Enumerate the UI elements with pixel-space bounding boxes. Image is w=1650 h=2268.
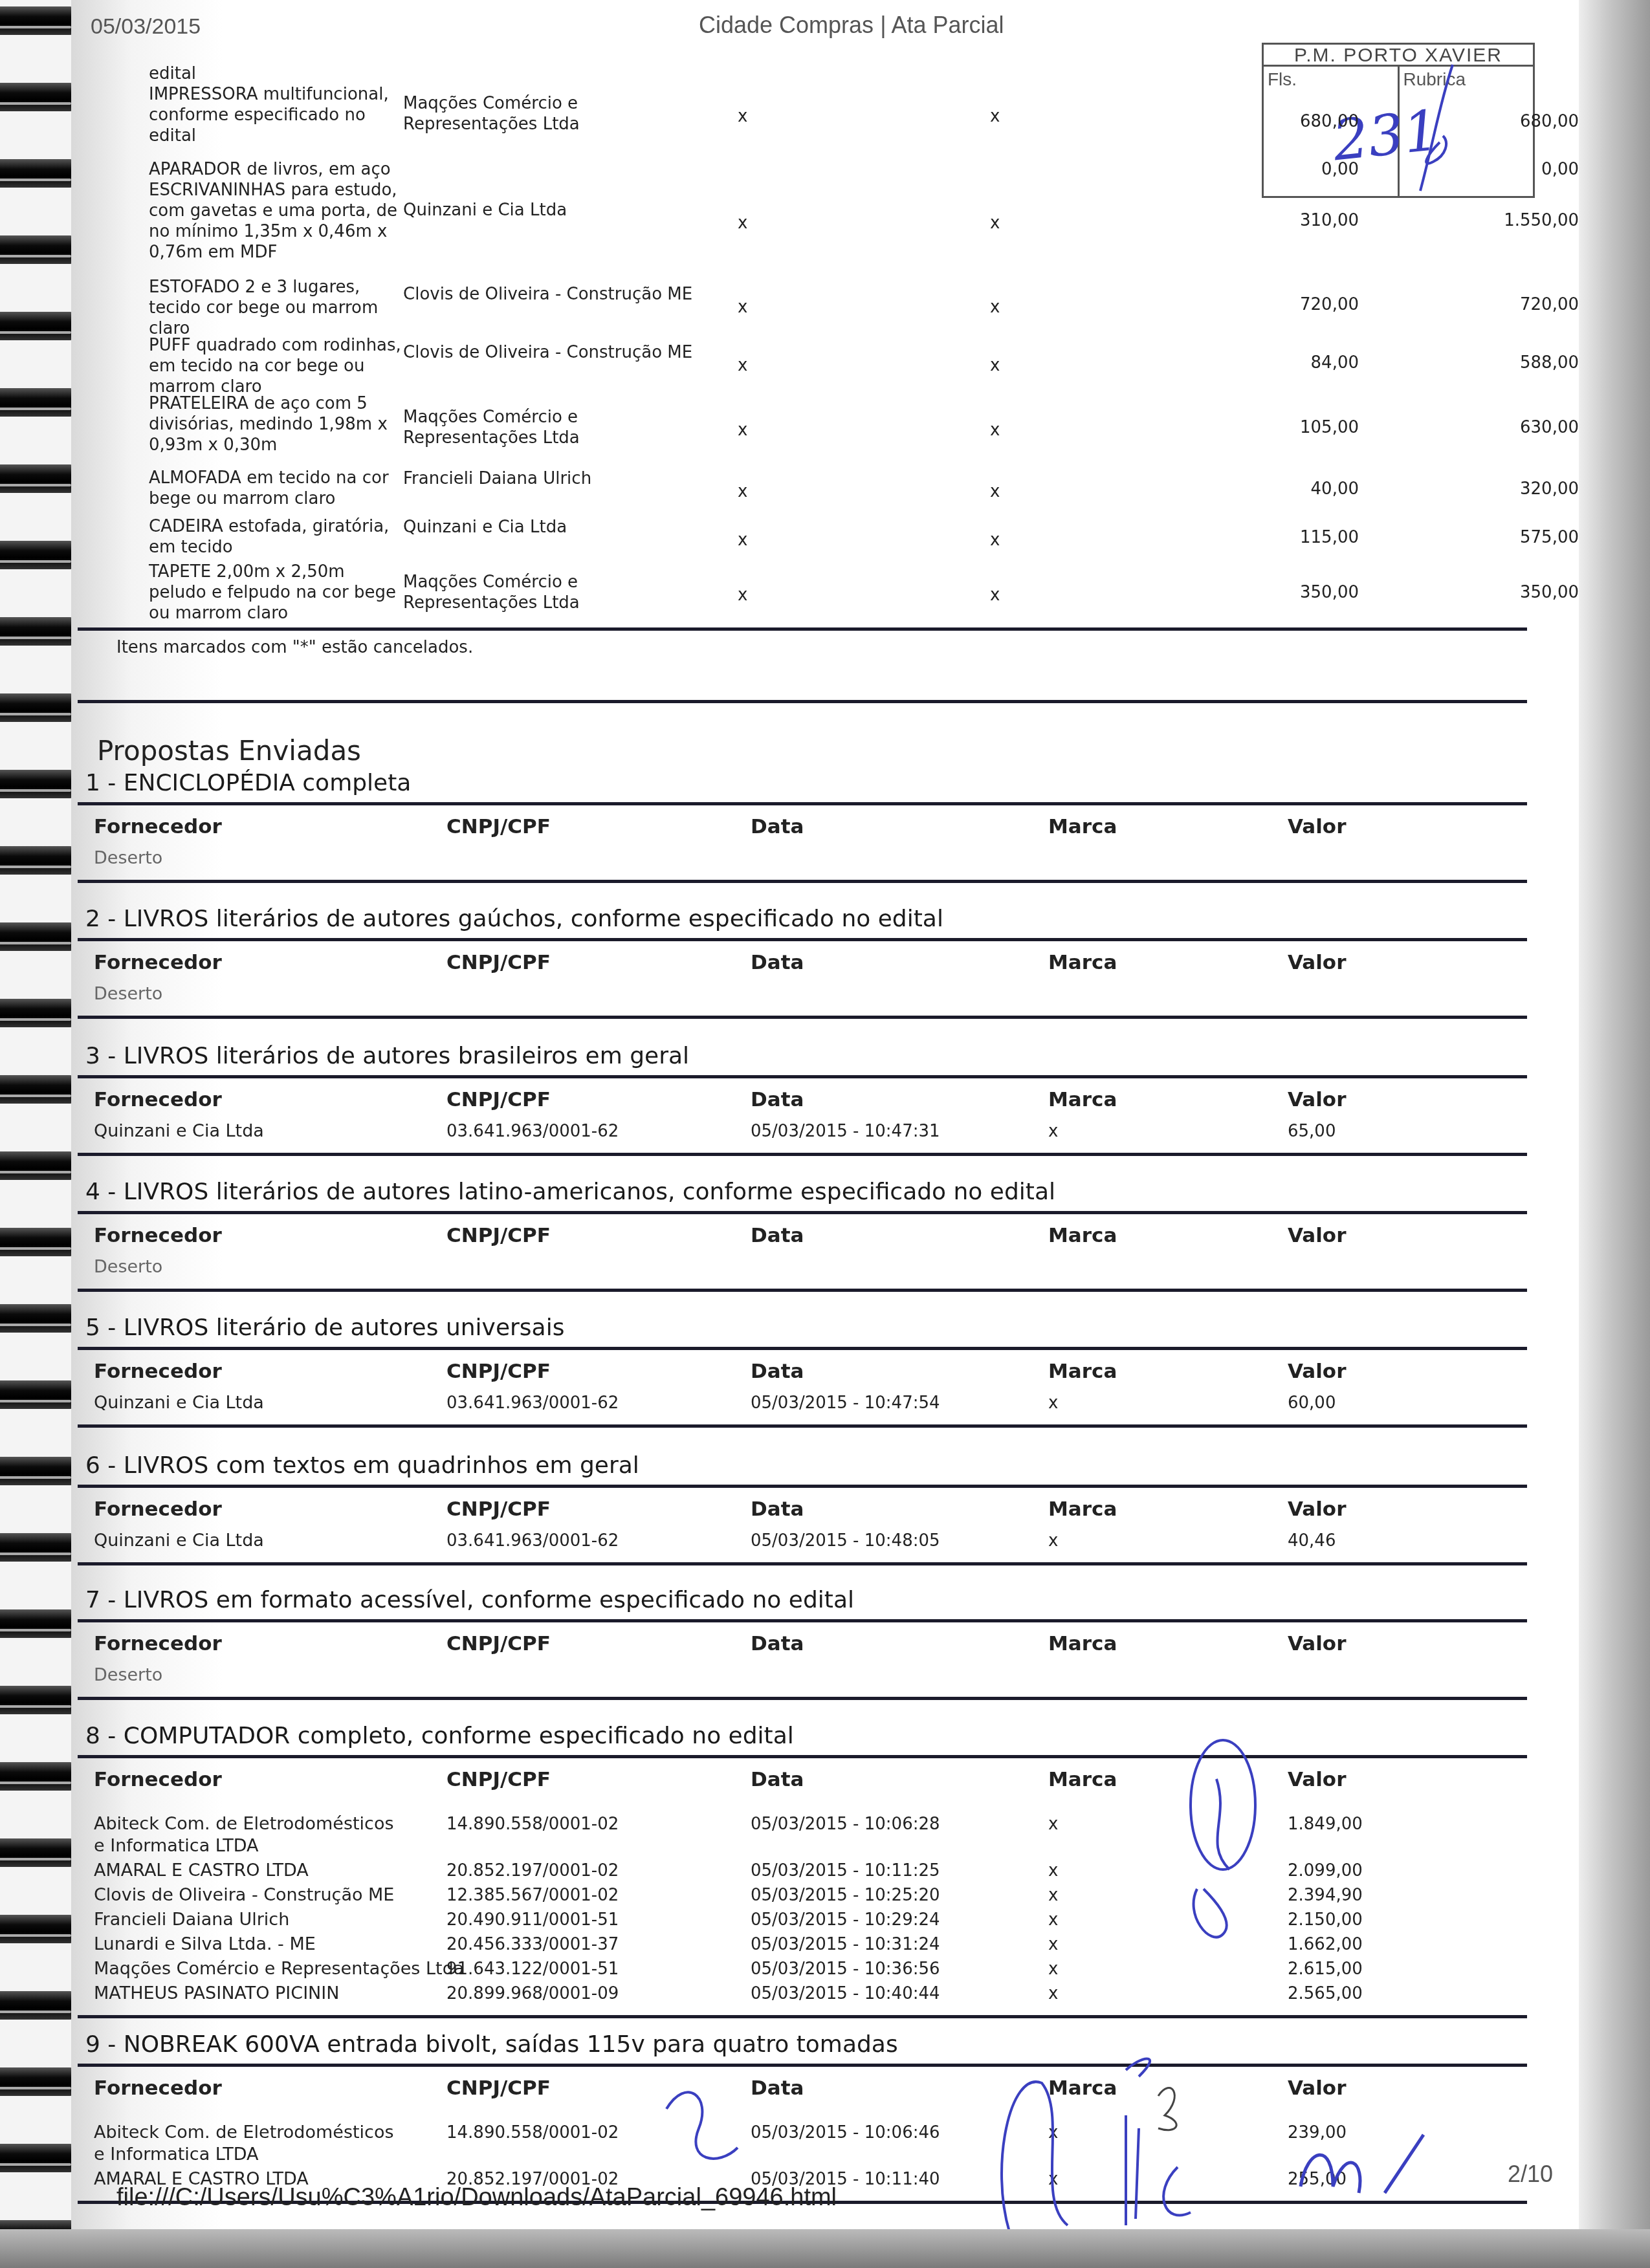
item-brand: x — [738, 585, 747, 605]
cell-supplier: Maqções Comércio e Representações Ltda — [94, 1958, 464, 1980]
divider — [78, 1562, 1527, 1565]
divider — [78, 627, 1527, 631]
cell-cnpj: 14.890.558/0001-02 — [446, 2122, 619, 2144]
item-unit-price: 720,00 — [1288, 294, 1359, 315]
table-row: ALMOFADA em tecido na cor bege ou marrom… — [149, 468, 1521, 513]
item-description: PUFF quadrado com rodinhas, em tecido na… — [149, 335, 401, 397]
column-header-cnpj: CNPJ/CPF — [446, 1768, 551, 1791]
item-brand: x — [738, 481, 747, 502]
item-model: x — [990, 481, 1000, 502]
table-row: APARADOR de livros, em aço0,000,00 — [149, 159, 1521, 180]
cell-value: 2.565,00 — [1288, 1983, 1363, 2005]
column-header-supplier: Fornecedor — [94, 1360, 222, 1383]
item-supplier: Quinzani e Cia Ltda — [403, 200, 701, 221]
item-brand: x — [738, 355, 747, 376]
table-row: TAPETE 2,00m x 2,50m peludo e felpudo na… — [149, 562, 1521, 626]
column-header-supplier: Fornecedor — [94, 1224, 222, 1247]
column-header-brand: Marca — [1048, 1498, 1117, 1521]
divider — [78, 1289, 1527, 1292]
item-description: CADEIRA estofada, giratória, em tecido — [149, 516, 401, 558]
lot-block: 5 - LIVROS literário de autores universa… — [78, 1314, 1527, 1444]
header-date: 05/03/2015 — [91, 14, 201, 39]
item-description: ESTOFADO 2 e 3 lugares, tecido cor bege … — [149, 277, 401, 339]
cell-cnpj: 20.899.968/0001-09 — [446, 1983, 619, 2005]
lot-block: 3 - LIVROS literários de autores brasile… — [78, 1043, 1527, 1172]
item-total-price: 575,00 — [1501, 527, 1579, 548]
column-header-brand: Marca — [1048, 1360, 1117, 1383]
cell-value: 40,46 — [1288, 1530, 1336, 1552]
cell-value: 2.099,00 — [1288, 1860, 1363, 1882]
lot-block: 1 - ENCICLOPÉDIA completaFornecedorCNPJ/… — [78, 770, 1527, 899]
cell-cnpj: 14.890.558/0001-02 — [446, 1813, 619, 1835]
cell-date: 05/03/2015 - 10:31:24 — [751, 1934, 940, 1956]
column-header-value: Valor — [1288, 1632, 1346, 1655]
item-supplier: Maqções Comércio e Representações Ltda — [403, 407, 701, 448]
item-total-price: 0,00 — [1501, 159, 1579, 180]
cell-brand: x — [1048, 1934, 1058, 1956]
cell-brand: x — [1048, 1884, 1058, 1906]
column-header-supplier: Fornecedor — [94, 815, 222, 838]
cell-supplier: Deserto — [94, 1256, 162, 1278]
cell-supplier: Quinzani e Cia Ltda — [94, 1120, 264, 1142]
item-supplier: Clovis de Oliveira - Construção ME — [403, 342, 701, 363]
column-header-date: Data — [751, 1498, 804, 1521]
item-unit-price: 310,00 — [1288, 210, 1359, 231]
cell-cnpj: 03.641.963/0001-62 — [446, 1392, 619, 1414]
cell-supplier: Deserto — [94, 847, 162, 869]
cancel-note: Itens marcados com "*" estão cancelados. — [116, 638, 473, 657]
signatures-icon — [971, 2038, 1553, 2251]
column-header-date: Data — [751, 1632, 804, 1655]
divider — [78, 1347, 1527, 1350]
cell-value: 60,00 — [1288, 1392, 1336, 1414]
cell-value: 65,00 — [1288, 1120, 1336, 1142]
cell-cnpj: 03.641.963/0001-62 — [446, 1120, 619, 1142]
column-header-value: Valor — [1288, 815, 1346, 838]
column-header-brand: Marca — [1048, 1768, 1117, 1791]
item-total-price: 588,00 — [1501, 353, 1579, 373]
cell-cnpj: 20.490.911/0001-51 — [446, 1909, 619, 1931]
cell-date: 05/03/2015 - 10:47:31 — [751, 1120, 940, 1142]
item-total-price: 1.550,00 — [1501, 210, 1579, 231]
item-description: APARADOR de livros, em aço — [149, 159, 401, 180]
column-header-supplier: Fornecedor — [94, 1632, 222, 1655]
cell-brand: x — [1048, 1983, 1058, 2005]
column-header-cnpj: CNPJ/CPF — [446, 815, 551, 838]
item-supplier: Quinzani e Cia Ltda — [403, 517, 701, 538]
divider — [78, 1016, 1527, 1019]
column-header-date: Data — [751, 1768, 804, 1791]
lot-title: 9 - NOBREAK 600VA entrada bivolt, saídas… — [85, 2031, 898, 2058]
column-header-date: Data — [751, 1224, 804, 1247]
lot-title: 4 - LIVROS literários de autores latino-… — [85, 1179, 1055, 1205]
table-row: edital — [149, 63, 1521, 84]
column-header-brand: Marca — [1048, 1632, 1117, 1655]
item-total-price: 350,00 — [1501, 582, 1579, 603]
column-header-date: Data — [751, 951, 804, 974]
item-supplier: Maqções Comércio e Representações Ltda — [403, 93, 701, 135]
cell-cnpj: 03.641.963/0001-62 — [446, 1530, 619, 1552]
column-header-cnpj: CNPJ/CPF — [446, 1498, 551, 1521]
item-unit-price: 40,00 — [1288, 479, 1359, 499]
divider — [78, 2015, 1527, 2018]
cell-date: 05/03/2015 - 10:06:28 — [751, 1813, 940, 1835]
lot-block: 2 - LIVROS literários de autores gaúchos… — [78, 906, 1527, 1035]
cell-value: 1.662,00 — [1288, 1934, 1363, 1956]
cell-brand: x — [1048, 1958, 1058, 1980]
column-header-value: Valor — [1288, 1498, 1346, 1521]
cell-brand: x — [1048, 1392, 1058, 1414]
column-header-brand: Marca — [1048, 951, 1117, 974]
cell-cnpj: 20.456.333/0001-37 — [446, 1934, 619, 1956]
column-header-cnpj: CNPJ/CPF — [446, 1360, 551, 1383]
column-header-value: Valor — [1288, 1088, 1346, 1111]
column-header-date: Data — [751, 815, 804, 838]
divider — [78, 1697, 1527, 1700]
section-title: Propostas Enviadas — [97, 735, 361, 767]
lot-title: 6 - LIVROS com textos em quadrinhos em g… — [85, 1452, 639, 1479]
cell-supplier: Deserto — [94, 983, 162, 1005]
cell-brand: x — [1048, 1813, 1058, 1835]
item-supplier: Clovis de Oliveira - Construção ME — [403, 284, 701, 305]
cell-supplier: Clovis de Oliveira - Construção ME — [94, 1884, 394, 1906]
cell-supplier: Quinzani e Cia Ltda — [94, 1392, 264, 1414]
lot-title: 2 - LIVROS literários de autores gaúchos… — [85, 906, 943, 932]
table-row: IMPRESSORA multifuncional, conforme espe… — [149, 84, 1521, 146]
column-header-cnpj: CNPJ/CPF — [446, 1224, 551, 1247]
column-header-cnpj: CNPJ/CPF — [446, 1632, 551, 1655]
item-total-price: 680,00 — [1501, 111, 1579, 132]
item-supplier: Maqções Comércio e Representações Ltda — [403, 572, 701, 613]
cell-supplier: Lunardi e Silva Ltda. - ME — [94, 1934, 316, 1956]
column-header-date: Data — [751, 1088, 804, 1111]
item-total-price: 720,00 — [1501, 294, 1579, 315]
divider — [78, 802, 1527, 805]
divider — [78, 938, 1527, 941]
page-bottom-shadow — [0, 2229, 1650, 2268]
column-header-supplier: Fornecedor — [94, 1498, 222, 1521]
page-edge-shadow — [1579, 0, 1650, 2268]
lot-block: 4 - LIVROS literários de autores latino-… — [78, 1179, 1527, 1308]
table-row: CADEIRA estofada, giratória, em tecidoQu… — [149, 516, 1521, 562]
cell-supplier: Deserto — [94, 1664, 162, 1686]
item-brand: x — [738, 106, 747, 127]
divider — [78, 1211, 1527, 1214]
cell-date: 05/03/2015 - 10:36:56 — [751, 1958, 940, 1980]
column-header-date: Data — [751, 2077, 804, 2100]
cell-supplier: AMARAL E CASTRO LTDA — [94, 1860, 309, 1882]
column-header-cnpj: CNPJ/CPF — [446, 2077, 551, 2100]
cell-brand: x — [1048, 1530, 1058, 1552]
cell-date: 05/03/2015 - 10:11:25 — [751, 1860, 940, 1882]
column-header-supplier: Fornecedor — [94, 2077, 222, 2100]
column-header-supplier: Fornecedor — [94, 951, 222, 974]
cell-brand: x — [1048, 1860, 1058, 1882]
signature-scribble-icon — [1158, 1740, 1288, 1954]
item-supplier: Francieli Daiana Ulrich — [403, 468, 701, 489]
column-header-cnpj: CNPJ/CPF — [446, 1088, 551, 1111]
cell-supplier: Quinzani e Cia Ltda — [94, 1530, 264, 1552]
item-model: x — [990, 106, 1000, 127]
divider — [78, 1755, 1527, 1758]
column-header-brand: Marca — [1048, 1224, 1117, 1247]
item-description: edital — [149, 63, 401, 84]
cell-brand: x — [1048, 1909, 1058, 1931]
divider — [78, 880, 1527, 883]
item-unit-price: 84,00 — [1288, 353, 1359, 373]
item-model: x — [990, 530, 1000, 551]
cell-date: 05/03/2015 - 10:25:20 — [751, 1884, 940, 1906]
divider — [78, 1075, 1527, 1078]
item-brand: x — [738, 297, 747, 318]
item-brand: x — [738, 530, 747, 551]
lot-title: 7 - LIVROS em formato acessível, conform… — [85, 1587, 854, 1613]
cell-cnpj: 12.385.567/0001-02 — [446, 1884, 619, 1906]
column-header-brand: Marca — [1048, 815, 1117, 838]
column-header-value: Valor — [1288, 1768, 1346, 1791]
divider — [78, 1619, 1527, 1622]
header-title: Cidade Compras | Ata Parcial — [699, 12, 1004, 39]
item-brand: x — [738, 213, 747, 234]
item-description: IMPRESSORA multifuncional, conforme espe… — [149, 84, 401, 146]
cell-date: 05/03/2015 - 10:29:24 — [751, 1909, 940, 1931]
footer-file-path: file:///C:/Users/Usu%C3%A1rio/Downloads/… — [116, 2184, 837, 2212]
divider — [78, 1153, 1527, 1156]
column-header-date: Data — [751, 1360, 804, 1383]
cell-date: 05/03/2015 - 10:40:44 — [751, 1983, 940, 2005]
column-header-brand: Marca — [1048, 1088, 1117, 1111]
table-row: PRATELEIRA de aço com 5 divisórias, medi… — [149, 393, 1521, 464]
cell-supplier: Abiteck Com. de Eletrodomésticos e Infor… — [94, 2122, 404, 2166]
cell-value: 1.849,00 — [1288, 1813, 1363, 1835]
cell-value: 2.150,00 — [1288, 1909, 1363, 1931]
divider — [78, 1485, 1527, 1488]
cell-supplier: Francieli Daiana Ulrich — [94, 1909, 289, 1931]
item-total-price: 630,00 — [1501, 417, 1579, 438]
column-header-value: Valor — [1288, 1360, 1346, 1383]
cell-supplier: MATHEUS PASINATO PICININ — [94, 1983, 339, 2005]
item-unit-price: 350,00 — [1288, 582, 1359, 603]
cell-date: 05/03/2015 - 10:47:54 — [751, 1392, 940, 1414]
divider — [78, 1424, 1527, 1428]
cell-date: 05/03/2015 - 10:06:46 — [751, 2122, 940, 2144]
cell-cnpj: 91.643.122/0001-51 — [446, 1958, 619, 1980]
column-header-supplier: Fornecedor — [94, 1768, 222, 1791]
item-unit-price: 105,00 — [1288, 417, 1359, 438]
item-description: ALMOFADA em tecido na cor bege ou marrom… — [149, 468, 401, 509]
table-row: PUFF quadrado com rodinhas, em tecido na… — [149, 335, 1521, 393]
item-brand: x — [738, 420, 747, 441]
item-description: TAPETE 2,00m x 2,50m peludo e felpudo na… — [149, 562, 401, 624]
lot-block: 7 - LIVROS em formato acessível, conform… — [78, 1587, 1527, 1716]
item-model: x — [990, 420, 1000, 441]
item-model: x — [990, 297, 1000, 318]
item-model: x — [990, 585, 1000, 605]
item-description: PRATELEIRA de aço com 5 divisórias, medi… — [149, 393, 401, 455]
column-header-supplier: Fornecedor — [94, 1088, 222, 1111]
cell-supplier: Abiteck Com. de Eletrodomésticos e Infor… — [94, 1813, 404, 1857]
cell-value: 2.394,90 — [1288, 1884, 1363, 1906]
item-unit-price: 115,00 — [1288, 527, 1359, 548]
table-row: ESCRIVANINHAS para estudo, com gavetas e… — [149, 180, 1521, 264]
item-model: x — [990, 213, 1000, 234]
lot-title: 8 - COMPUTADOR completo, conforme especi… — [85, 1723, 794, 1749]
lot-block: 8 - COMPUTADOR completo, conforme especi… — [78, 1723, 1527, 1852]
item-model: x — [990, 355, 1000, 376]
table-row: ESTOFADO 2 e 3 lugares, tecido cor bege … — [149, 277, 1521, 335]
cell-cnpj: 20.852.197/0001-02 — [446, 1860, 619, 1882]
lot-title: 1 - ENCICLOPÉDIA completa — [85, 770, 411, 796]
divider — [78, 700, 1527, 703]
column-header-value: Valor — [1288, 951, 1346, 974]
lot-title: 5 - LIVROS literário de autores universa… — [85, 1314, 564, 1341]
column-header-value: Valor — [1288, 1224, 1346, 1247]
item-total-price: 320,00 — [1501, 479, 1579, 499]
cell-value: 2.615,00 — [1288, 1958, 1363, 1980]
column-header-cnpj: CNPJ/CPF — [446, 951, 551, 974]
item-description: ESCRIVANINHAS para estudo, com gavetas e… — [149, 180, 401, 263]
cell-date: 05/03/2015 - 10:48:05 — [751, 1530, 940, 1552]
item-unit-price: 680,00 — [1288, 111, 1359, 132]
lot-block: 6 - LIVROS com textos em quadrinhos em g… — [78, 1452, 1527, 1582]
lot-title: 3 - LIVROS literários de autores brasile… — [85, 1043, 689, 1069]
cell-brand: x — [1048, 1120, 1058, 1142]
item-unit-price: 0,00 — [1288, 159, 1359, 180]
